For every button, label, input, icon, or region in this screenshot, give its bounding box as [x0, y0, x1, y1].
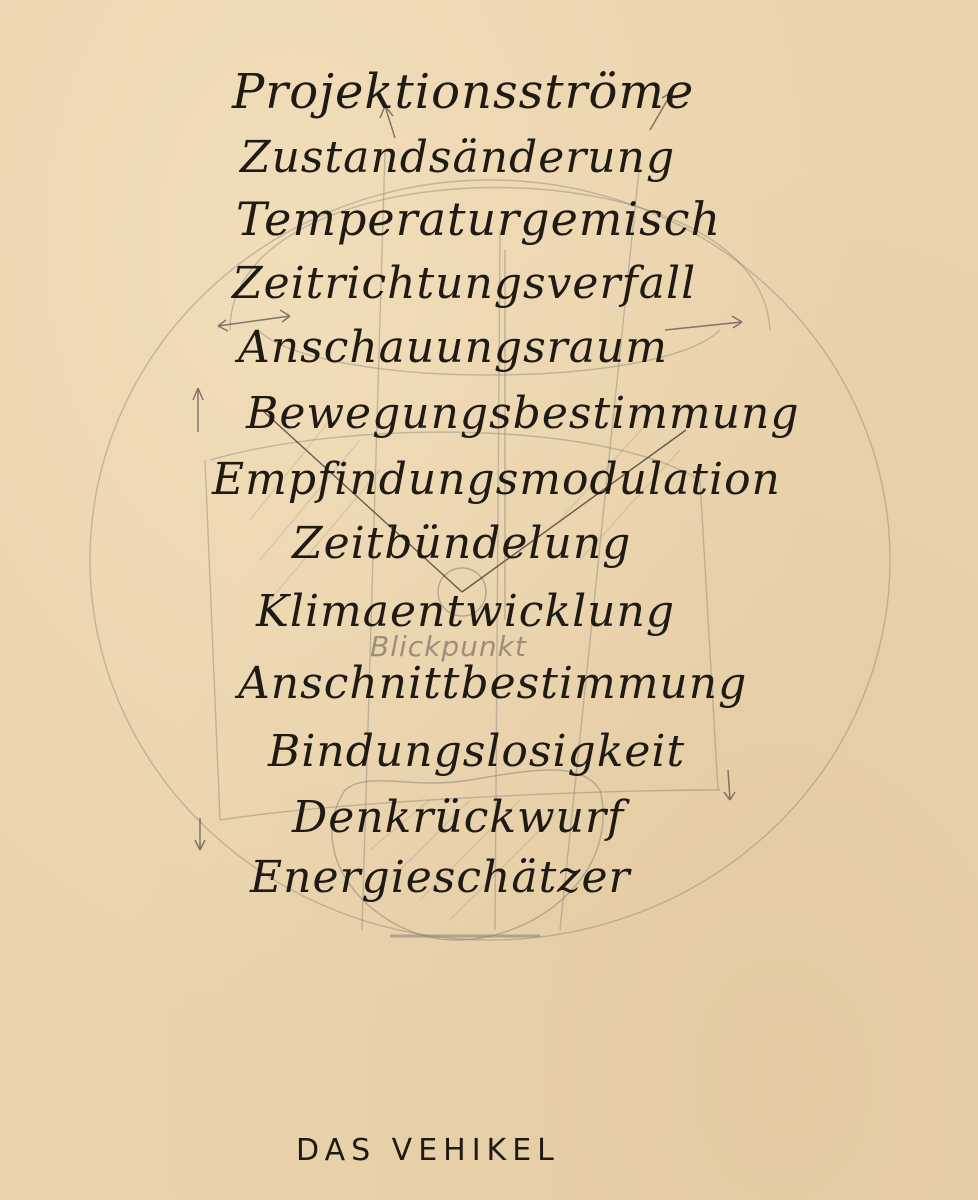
word-list: Projektionsströme Zustandsänderung Tempe… [0, 0, 978, 1200]
word-denkrueckwurf: Denkrückwurf [292, 796, 624, 840]
center-label-blickpunkt: Blickpunkt [370, 630, 527, 663]
word-zeitrichtungsverfall: Zeitrichtungsverfall [232, 262, 696, 306]
caption-title: DAS VEHIKEL [296, 1133, 560, 1168]
word-temperaturgemisch: Temperaturgemisch [236, 196, 721, 242]
word-zustandsaenderung: Zustandsänderung [240, 136, 675, 180]
word-anschauungsraum: Anschauungsraum [238, 326, 668, 370]
word-bewegungsbestimmung: Bewegungsbestimmung [246, 392, 800, 436]
word-klimaentwicklung: Klimaentwicklung [256, 590, 675, 634]
word-energieschaetzer: Energieschätzer [250, 856, 631, 900]
word-projektionsstroeme: Projektionsströme [232, 68, 694, 116]
word-empfindungsmodulation: Empfindungsmodulation [212, 458, 781, 502]
word-bindungslosigkeit: Bindungslosigkeit [268, 730, 685, 774]
word-anschnittbestimmung: Anschnittbestimmung [238, 662, 747, 706]
word-zeitbuendelung: Zeitbündelung [292, 522, 631, 566]
